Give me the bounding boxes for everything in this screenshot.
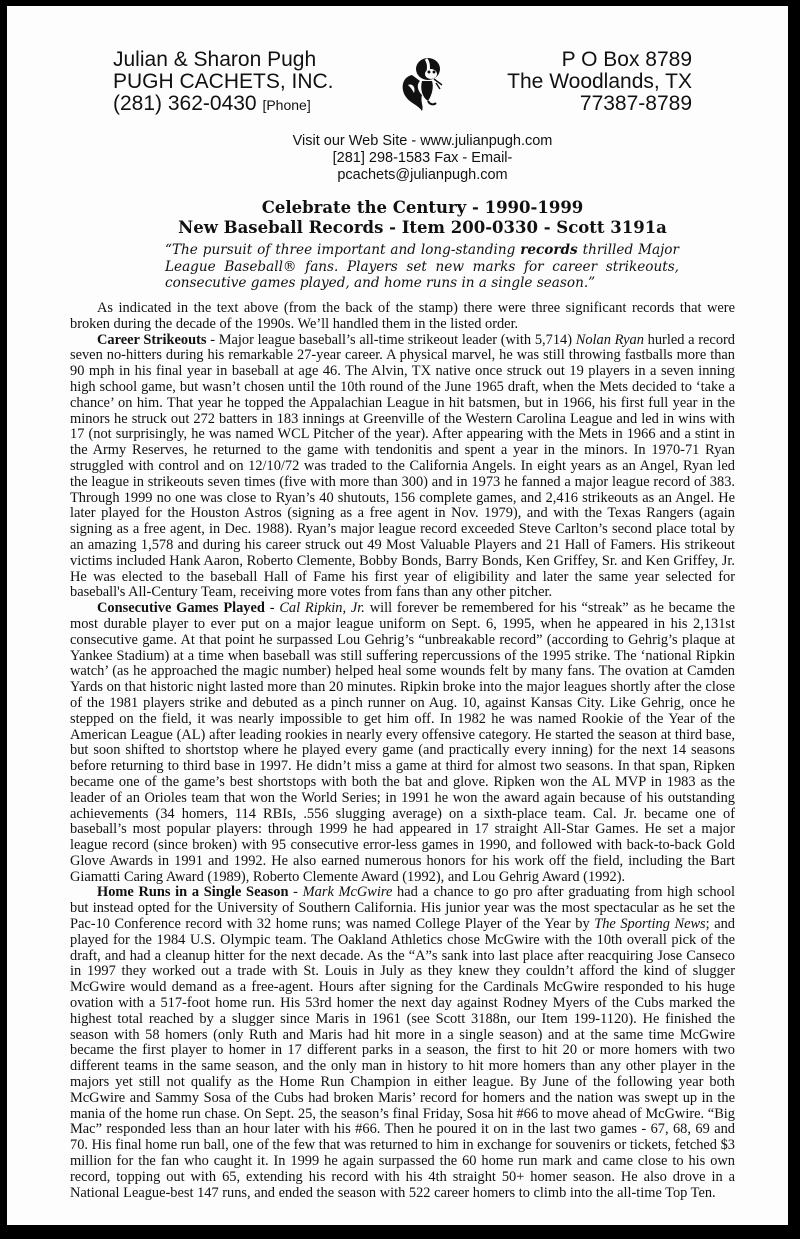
contact-info: Visit our Web Site - www.julianpugh.com … — [7, 133, 788, 184]
phone-label: [Phone] — [262, 97, 310, 113]
phone-line: (281) 362-0430 [Phone] — [113, 93, 334, 116]
section-consecutive-games: Consecutive Games Played - Cal Ripkin, J… — [70, 601, 735, 885]
publication-name: The Sporting News — [594, 916, 705, 932]
po-box: P O Box 8789 — [507, 49, 692, 71]
stamp-quote: “The pursuit of three important and long… — [165, 242, 679, 292]
document-page: Julian & Sharon Pugh PUGH CACHETS, INC. … — [7, 6, 788, 1225]
city-state: The Woodlands, TX — [507, 71, 692, 93]
sender-block: Julian & Sharon Pugh PUGH CACHETS, INC. … — [113, 49, 334, 116]
document-title: Celebrate the Century - 1990-1999 New Ba… — [7, 198, 788, 238]
player-name: Nolan Ryan — [576, 332, 644, 348]
address-block: P O Box 8789 The Woodlands, TX 77387-878… — [507, 49, 692, 115]
section-home-runs: Home Runs in a Single Season - Mark McGw… — [70, 885, 735, 1201]
skunk-logo-icon — [398, 55, 448, 113]
section-career-strikeouts: Career Strikeouts - Major league basebal… — [70, 333, 735, 602]
zip-code: 77387-8789 — [507, 93, 692, 115]
article-body: As indicated in the text above (from the… — [70, 301, 735, 1201]
quote-text: “The pursuit of three important and long… — [165, 242, 520, 258]
intro-paragraph: As indicated in the text above (from the… — [70, 301, 735, 333]
section-heading: Career Strikeouts — [97, 332, 207, 348]
title-line-2: New Baseball Records - Item 200-0330 - S… — [57, 218, 788, 238]
company-name: PUGH CACHETS, INC. — [113, 71, 334, 93]
section-heading: Home Runs in a Single Season — [97, 884, 288, 900]
player-name: Cal Ripkin, Jr. — [279, 600, 365, 616]
website-line: Visit our Web Site - www.julianpugh.com — [57, 133, 788, 150]
title-line-1: Celebrate the Century - 1990-1999 — [57, 198, 788, 218]
email-line: pcachets@julianpugh.com — [57, 167, 788, 184]
section-heading: Consecutive Games Played — [97, 600, 265, 616]
player-name: Mark McGwire — [303, 884, 393, 900]
quote-emphasis: records — [520, 242, 577, 258]
sender-names: Julian & Sharon Pugh — [113, 49, 334, 71]
fax-line: [281] 298-1583 Fax - Email- — [57, 150, 788, 167]
phone-number: (281) 362-0430 — [113, 92, 257, 115]
